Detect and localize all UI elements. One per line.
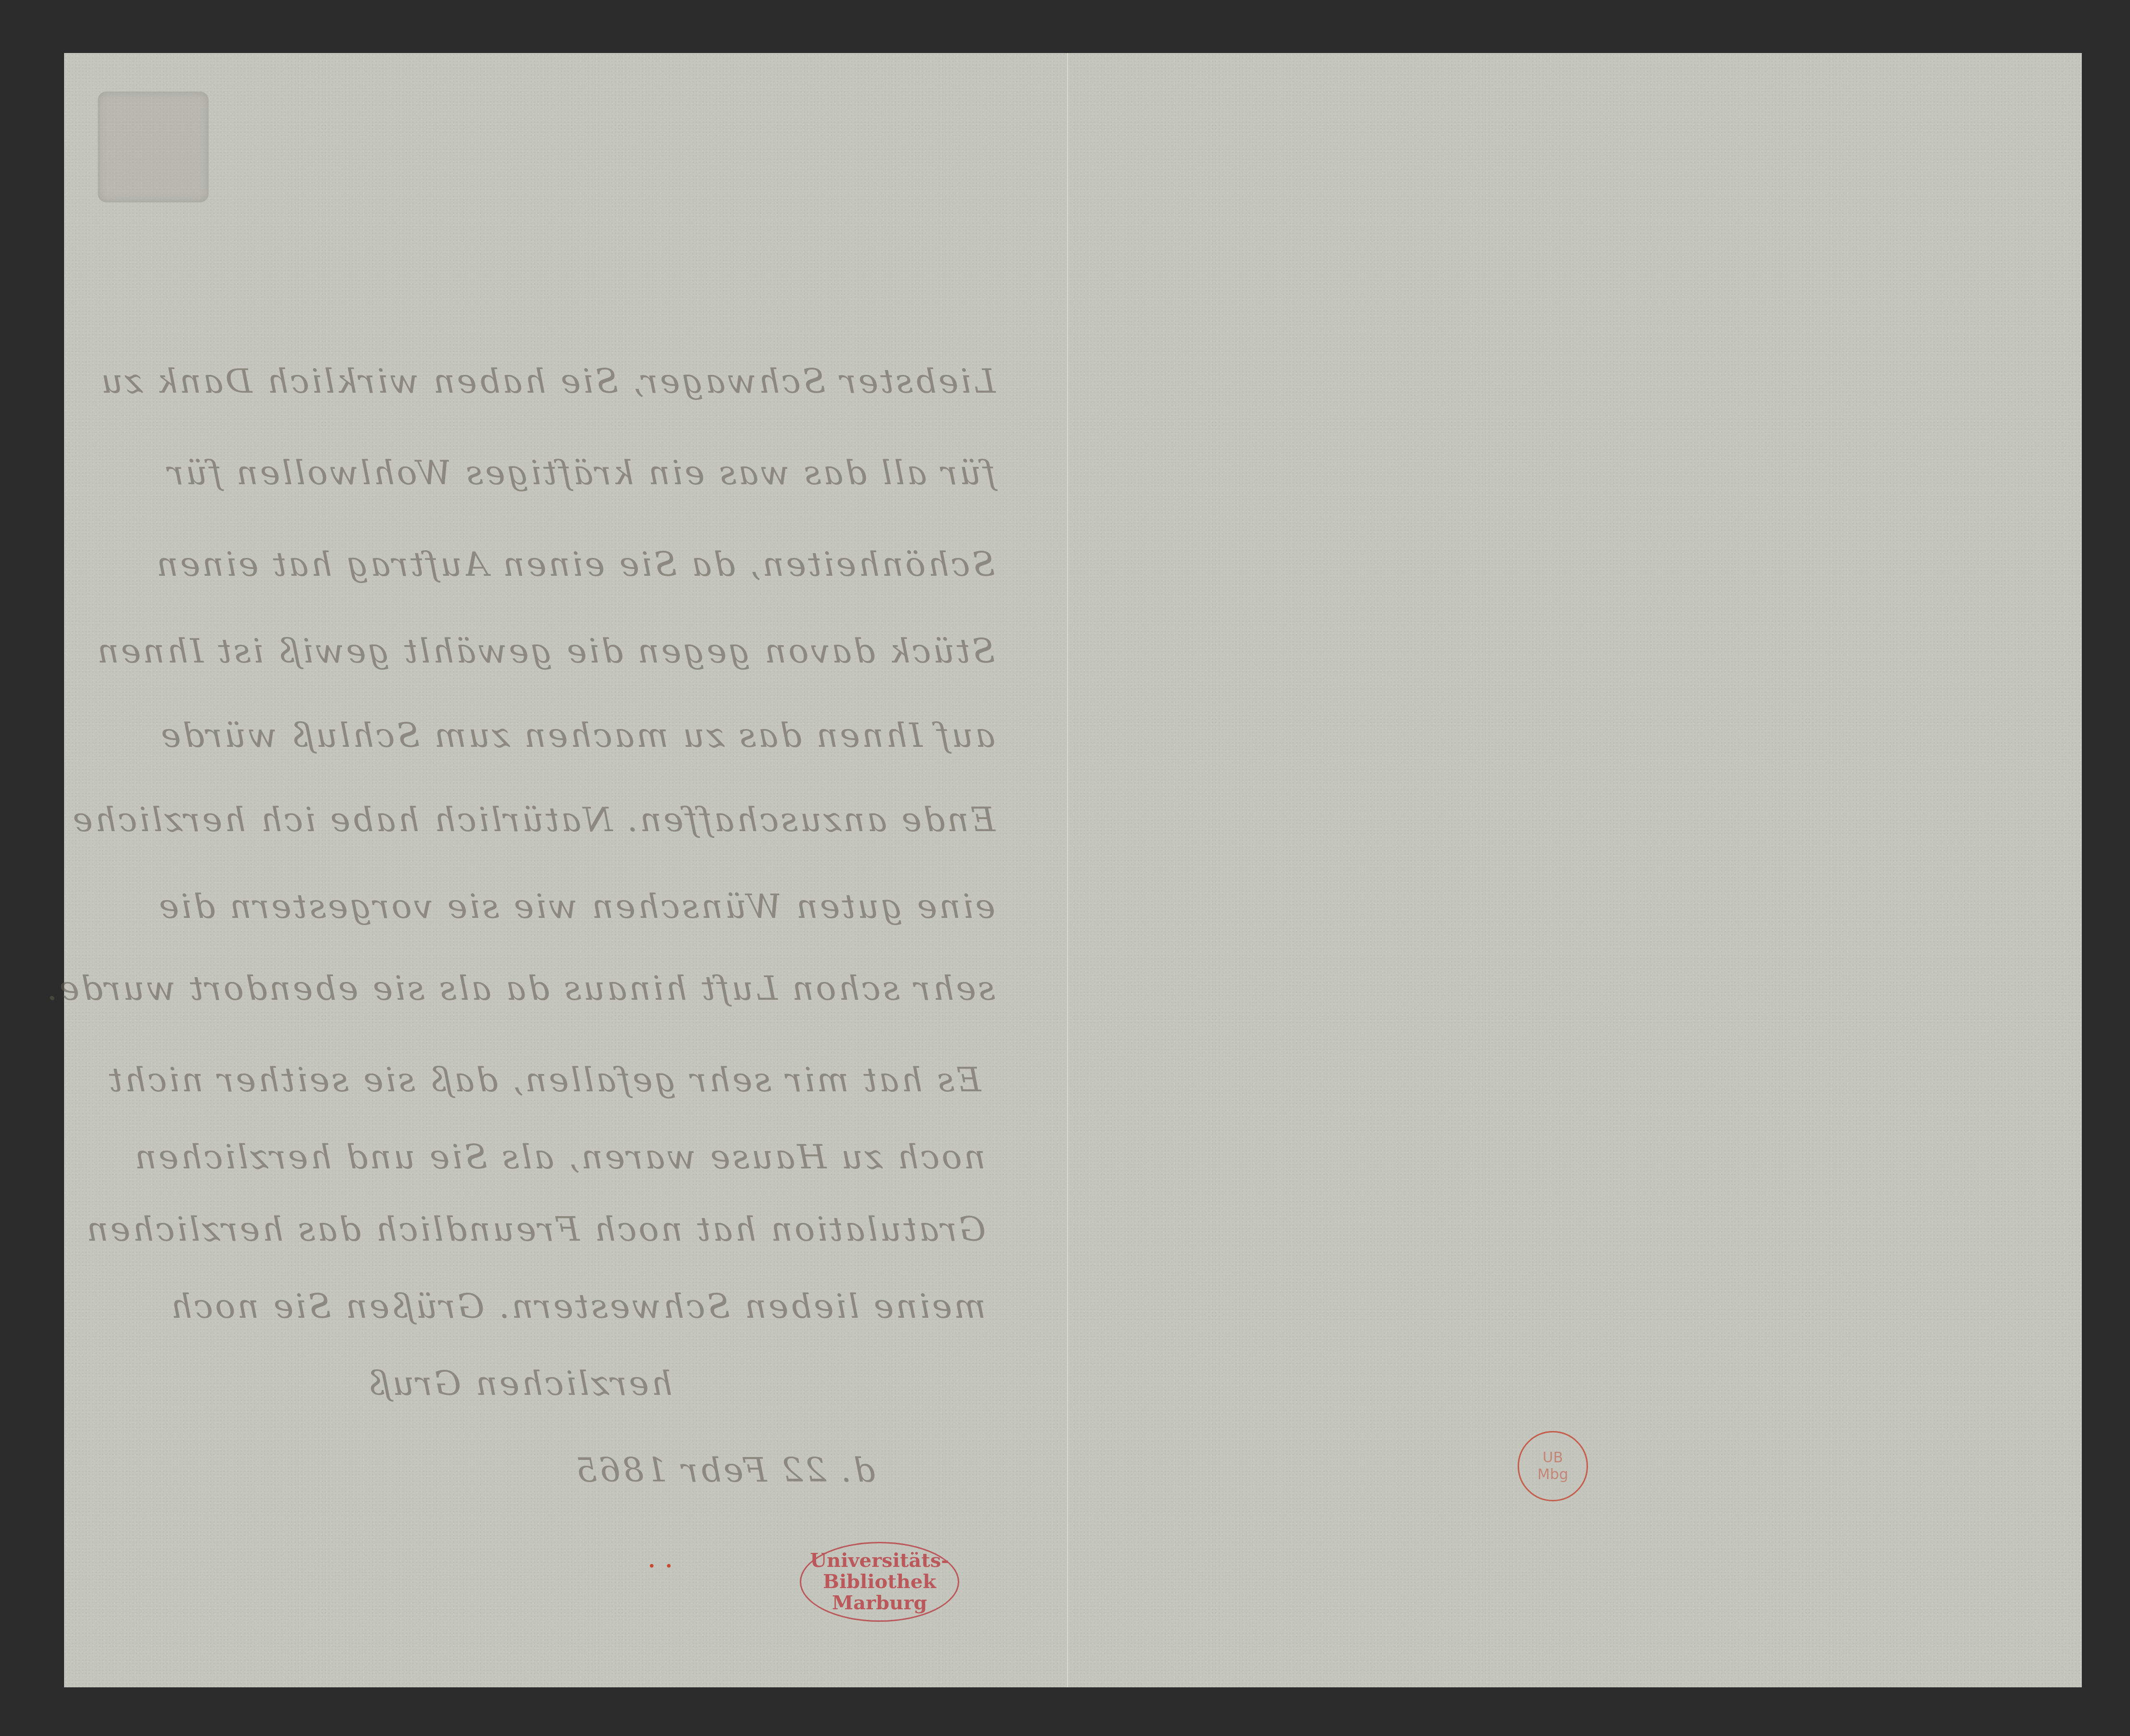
bleed-line: auf Ihnen das zu machen zum Schluß würde xyxy=(159,716,995,755)
stamp-line: UB xyxy=(1543,1449,1563,1466)
bleed-line: Stück davon gegen die gewählt gewiß ist … xyxy=(95,631,995,671)
bleed-line: Gratulation hat noch Freundlich das herz… xyxy=(85,1209,986,1249)
date-line: d. 22 Febr 1865 xyxy=(574,1450,875,1490)
bleed-line: meine lieben Schwestern. Grüßen Sie noch xyxy=(169,1286,986,1326)
bleed-line: Ende anzuschaffen. Natürlich habe ich he… xyxy=(71,800,995,839)
bleed-line: sehr schon Luft hinaus da als sie ebendo… xyxy=(45,968,995,1008)
stamp-line: Bibliothek xyxy=(823,1571,936,1592)
bleed-line: Es hat mir sehr gefallen, daß sie seithe… xyxy=(107,1060,981,1100)
red-ink-specks: • • xyxy=(648,1560,675,1574)
bleed-line: Liebster Schwager, Sie haben wirklich Da… xyxy=(99,361,995,401)
bleed-line: für all das was ein kräftiges Wohlwollen… xyxy=(166,453,995,492)
circle-stamp: UB Mbg xyxy=(1518,1431,1588,1501)
stamp-line: Mbg xyxy=(1537,1466,1568,1483)
bleed-line: Schönheiten, da Sie einen Auftrag hat ei… xyxy=(155,544,995,584)
left-page: Liebster Schwager, Sie haben wirklich Da… xyxy=(64,53,1068,1687)
right-page: UB Mbg xyxy=(1069,53,2082,1687)
bleed-line: herzlichen Gruß xyxy=(366,1364,673,1403)
bleed-line: noch zu Hause waren, als Sie und herzlic… xyxy=(133,1137,986,1177)
emboss-mark xyxy=(98,92,209,202)
stamp-line: Universitäts- xyxy=(810,1550,949,1571)
stamp-line: Marburg xyxy=(832,1592,927,1614)
library-stamp: Universitäts- Bibliothek Marburg xyxy=(800,1542,959,1622)
bleed-line: eine guten Wünschen wie sie vorgestern d… xyxy=(157,887,995,926)
letter-sheet: Liebster Schwager, Sie haben wirklich Da… xyxy=(64,53,2082,1687)
